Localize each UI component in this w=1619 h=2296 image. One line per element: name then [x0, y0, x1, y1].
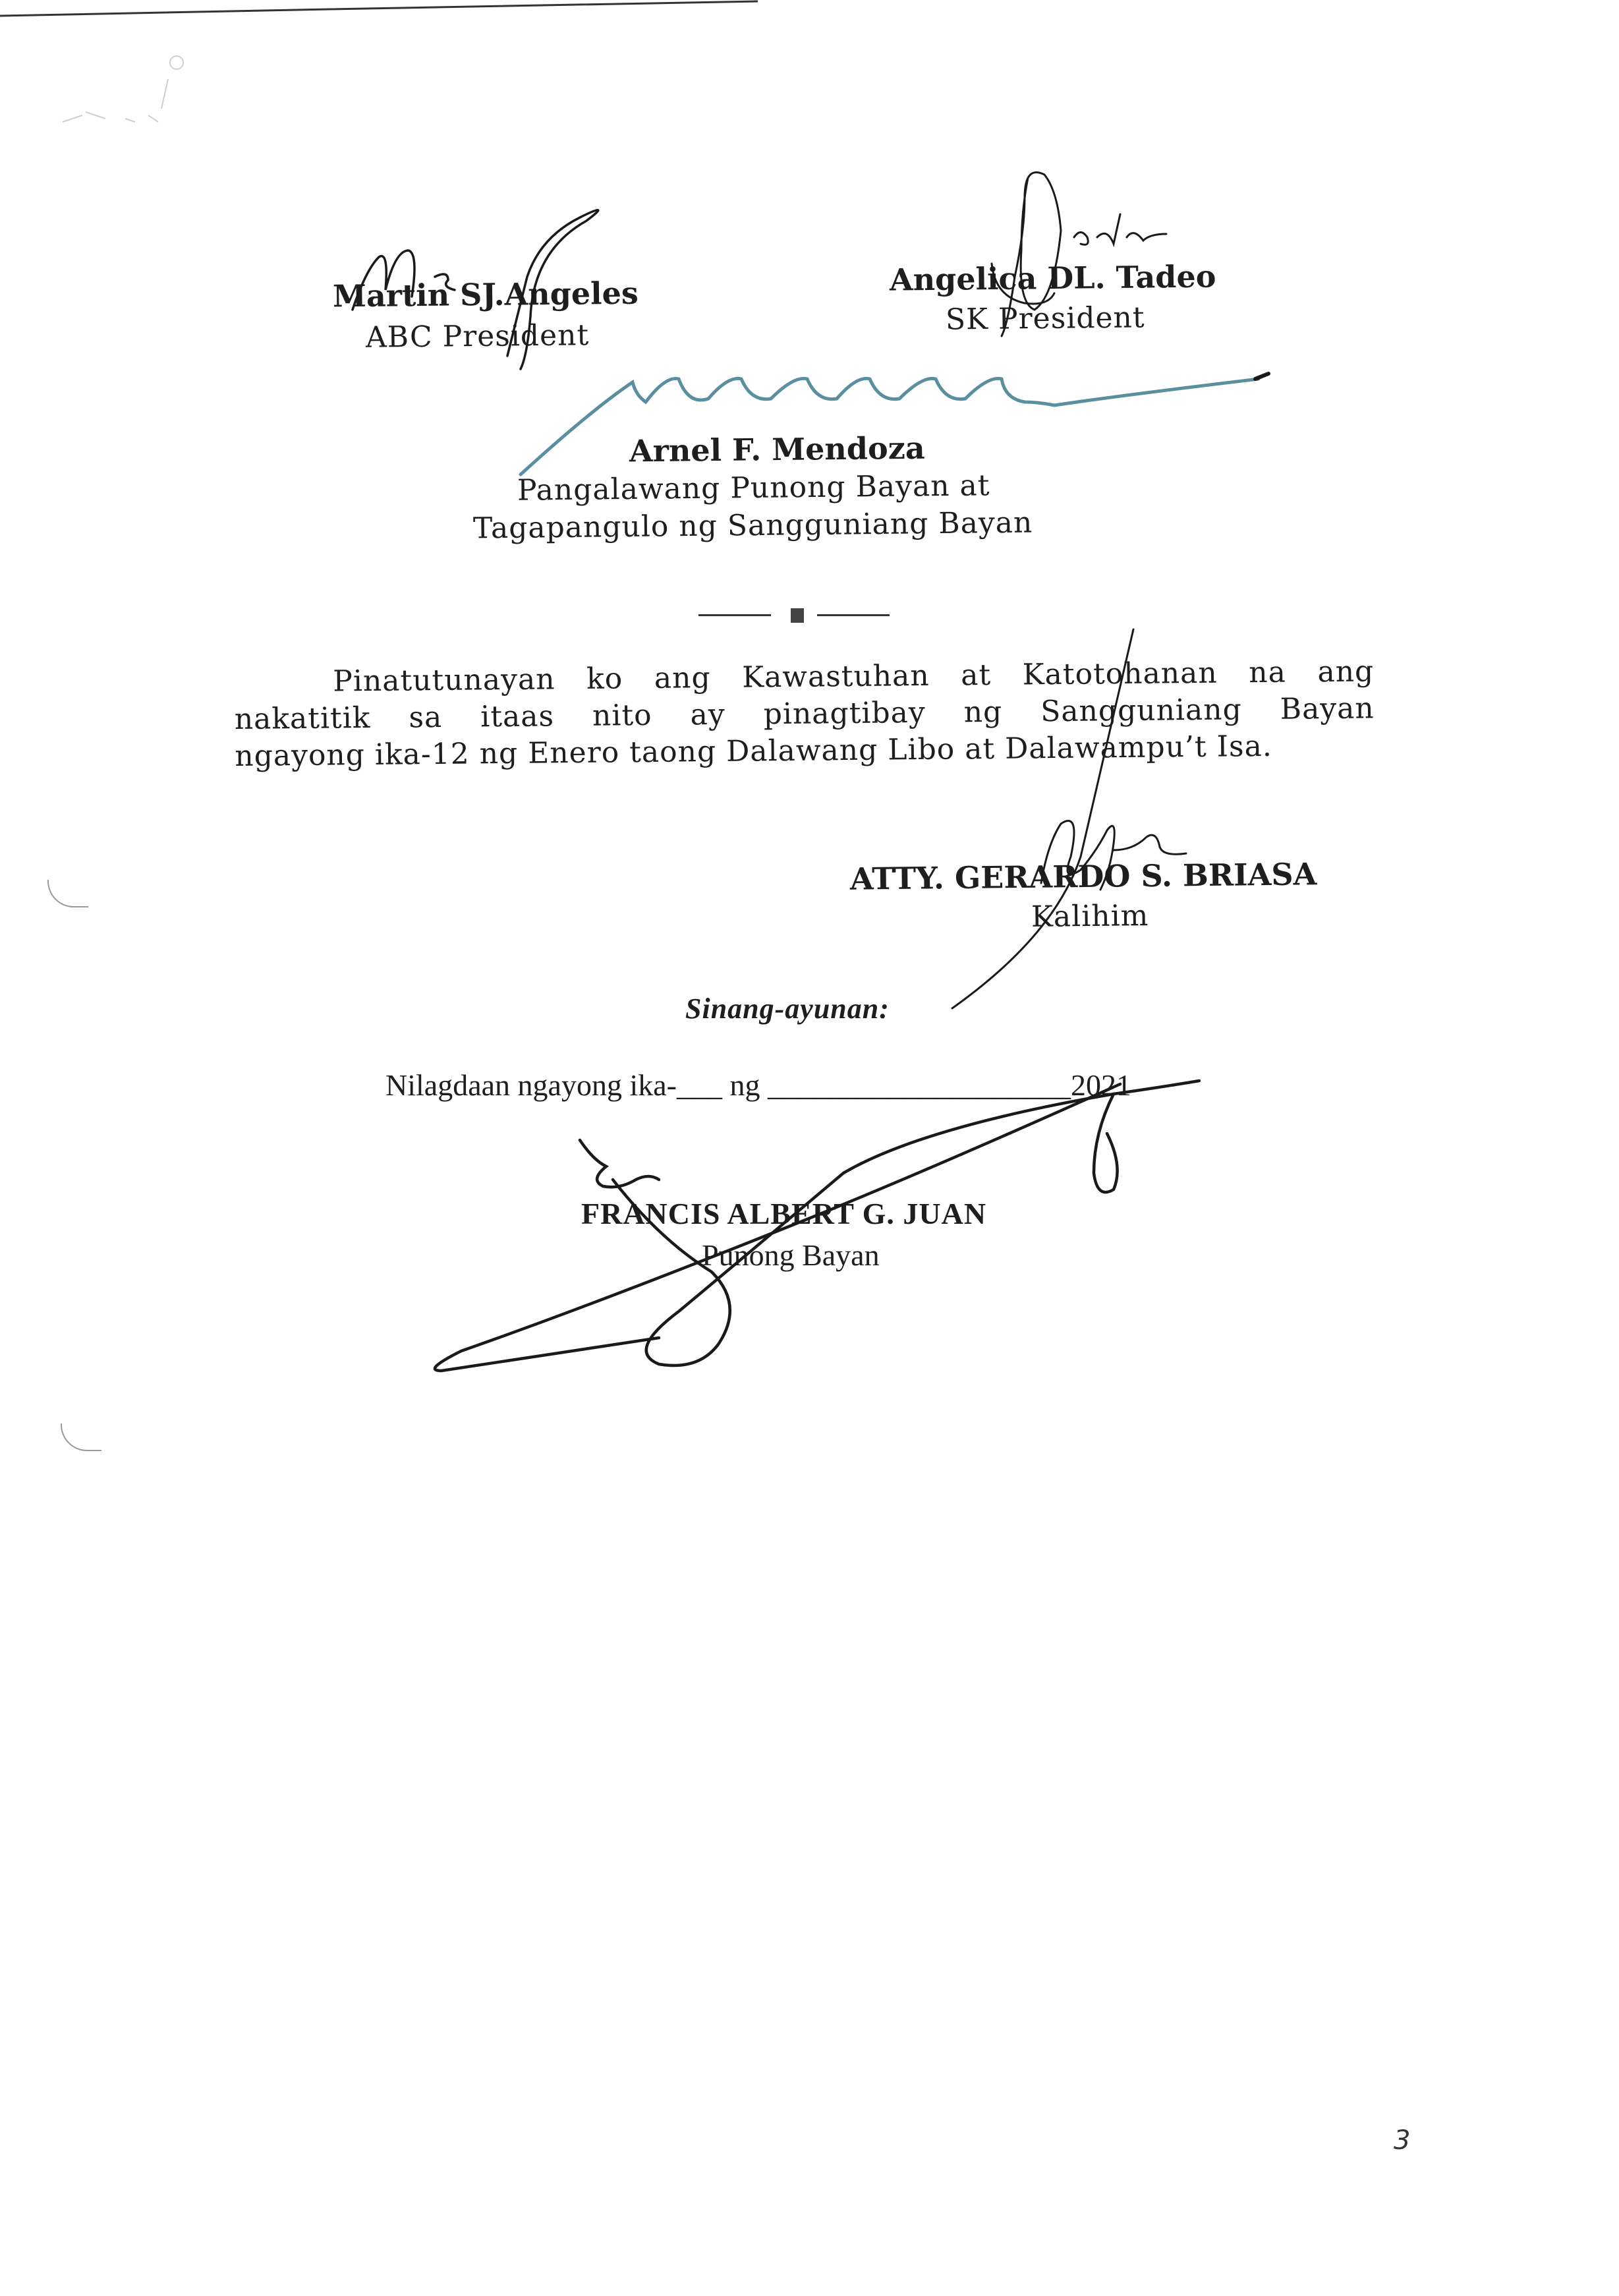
- signatory-position-abc: ABC President: [366, 318, 590, 355]
- scan-artifact-mark: [0, 0, 1619, 2296]
- month-blank: ____________________: [768, 1068, 1071, 1102]
- divider-square-icon: [791, 608, 804, 623]
- presiding-officer-position-line2: Tagapangulo ng Sangguniang Bayan: [473, 506, 1033, 546]
- signatory-name-abc: Martin SJ.Angeles: [333, 275, 639, 314]
- page-number: 3: [1394, 2125, 1410, 2156]
- mayor-position: Punong Bayan: [702, 1238, 880, 1273]
- presiding-officer-position-line1: Pangalawang Punong Bayan at: [517, 469, 990, 507]
- hole-punch-mark: [47, 880, 88, 907]
- signatory-name-sk: Angelica DL. Tadeo: [890, 258, 1216, 297]
- scan-edge-line: [0, 0, 1619, 20]
- presiding-officer-name: Arnel F. Mendoza: [629, 430, 925, 469]
- section-divider: [698, 606, 896, 622]
- approval-heading: Sinang-ayunan:: [685, 992, 890, 1025]
- day-blank: ___: [677, 1068, 722, 1102]
- signatory-position-sk: SK President: [946, 301, 1145, 336]
- secretary-position: Kalihim: [1031, 899, 1149, 934]
- signed-date-line: Nilagdaan ngayong ika-___ ng ___________…: [385, 1068, 1131, 1103]
- signed-mid: ng: [722, 1068, 768, 1102]
- secretary-name: ATTY. GERARDO S. BRIASA: [850, 856, 1317, 896]
- certification-paragraph: Pinatutunayan ko ang Kawastuhan at Katot…: [234, 653, 1375, 775]
- signed-year: 2021: [1071, 1068, 1131, 1102]
- mayor-name: FRANCIS ALBERT G. JUAN: [581, 1196, 986, 1231]
- signature-overlays: [0, 0, 1619, 2296]
- signed-prefix: Nilagdaan ngayong ika-: [385, 1068, 677, 1102]
- hole-punch-mark: [61, 1423, 101, 1451]
